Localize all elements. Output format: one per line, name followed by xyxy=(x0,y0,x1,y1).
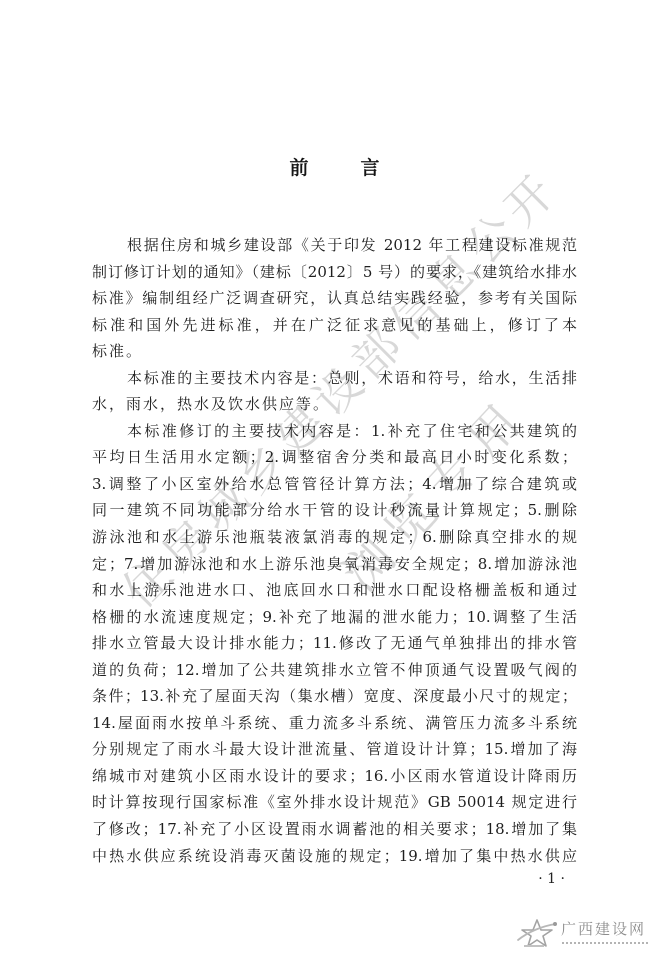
document-page: 住房城乡建设部信息公开 浏览专用 前言 根据住房和城乡建设部《关于印发 2012… xyxy=(0,0,661,958)
paragraph-3: 本标准修订的主要技术内容是：1.补充了住宅和公共建筑的 平均日生活用水定额；2.… xyxy=(92,418,577,869)
logo-subtitle xyxy=(562,942,648,946)
text-line: 分别规定了雨水斗最大设计泄流量、管道设计计算；15.增加了海 xyxy=(92,736,577,763)
text-line: 平均日生活用水定额；2.调整宿舍分类和最高日小时变化系数； xyxy=(92,444,577,471)
text-line: 格栅的水流速度规定；9.补充了地漏的泄水能力；10.调整了生活 xyxy=(92,604,577,631)
text-line: 时计算按现行国家标准《室外排水设计规范》GB 50014 规定进行 xyxy=(92,789,577,816)
paragraph-1: 根据住房和城乡建设部《关于印发 2012 年工程建设标准规范 制订修订计划的通知… xyxy=(92,232,577,365)
page-number: · 1 · xyxy=(92,868,577,890)
text-line: 中热水供应系统设消毒灭菌设施的规定；19.增加了集中热水供应 xyxy=(92,843,577,870)
text-line: 了修改；17.补充了小区设置雨水调蓄池的相关要求；18.增加了集 xyxy=(92,816,577,843)
text-line: 14.屋面雨水按单斗系统、重力流多斗系统、满管压力流多斗系统 xyxy=(92,710,577,737)
text-line: 制订修订计划的通知》（建标〔2012〕5 号）的要求，《建筑给水排水 xyxy=(92,259,577,286)
text-line: 排水立管最大设计排水能力；11.修改了无通气单独排出的排水管 xyxy=(92,630,577,657)
text-line: 条件；13.补充了屋面天沟（集水槽）宽度、深度最小尺寸的规定； xyxy=(92,683,577,710)
text-line: 和水上游乐池进水口、池底回水口和泄水口配设格栅盖板和通过 xyxy=(92,577,577,604)
document-body: 根据住房和城乡建设部《关于印发 2012 年工程建设标准规范 制订修订计划的通知… xyxy=(92,232,577,869)
page-title: 前言 xyxy=(92,156,577,180)
site-logo: 广西建设网 xyxy=(516,914,656,952)
text-line: 游泳池和水上游乐池瓶装液氯消毒的规定；6.删除真空排水的规 xyxy=(92,524,577,551)
text-line: 水，雨水，热水及饮水供应等。 xyxy=(92,391,577,418)
text-line: 标准。 xyxy=(92,338,577,365)
text-line: 定；7.增加游泳池和水上游乐池臭氧消毒安全规定；8.增加游泳池 xyxy=(92,551,577,578)
paragraph-2: 本标准的主要技术内容是：总则，术语和符号，给水，生活排 水，雨水，热水及饮水供应… xyxy=(92,365,577,418)
star-logo-icon xyxy=(516,918,558,950)
logo-site-name: 广西建设网 xyxy=(561,921,646,938)
text-line: 道的负荷；12.增加了公共建筑排水立管不伸顶通气设置吸气阀的 xyxy=(92,657,577,684)
text-line: 3.调整了小区室外给水总管管径计算方法；4.增加了综合建筑或 xyxy=(92,471,577,498)
text-line: 标准和国外先进标准，并在广泛征求意见的基础上，修订了本 xyxy=(92,312,577,339)
text-line: 本标准修订的主要技术内容是：1.补充了住宅和公共建筑的 xyxy=(92,418,577,445)
text-line: 同一建筑不同功能部分给水干管的设计秒流量计算规定；5.删除 xyxy=(92,497,577,524)
text-line: 绵城市对建筑小区雨水设计的要求；16.小区雨水管道设计降雨历 xyxy=(92,763,577,790)
text-line: 根据住房和城乡建设部《关于印发 2012 年工程建设标准规范 xyxy=(92,232,577,259)
text-line: 本标准的主要技术内容是：总则，术语和符号，给水，生活排 xyxy=(92,365,577,392)
text-line: 标准》编制组经广泛调查研究，认真总结实践经验，参考有关国际 xyxy=(92,285,577,312)
